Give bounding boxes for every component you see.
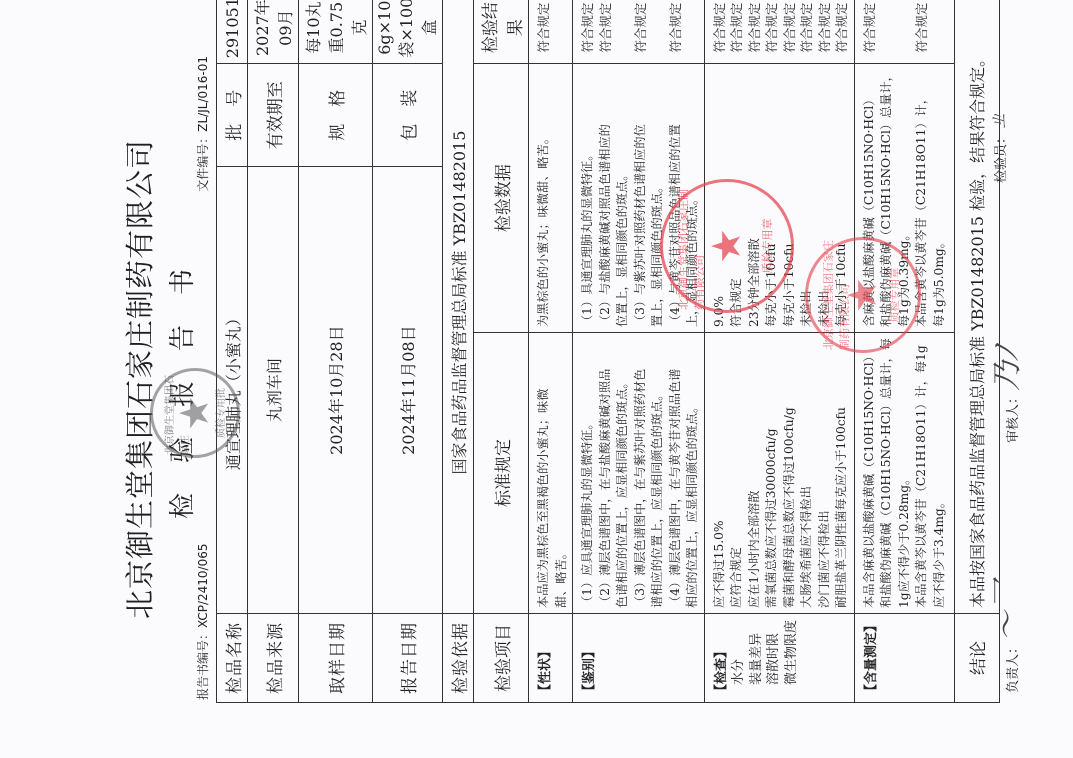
result-text-line: 符合规定 [632,0,650,58]
test-item: 【含量测定】 [854,613,954,702]
row-source: 检品来源 丸剂车间 有效期至 2027年09月 [248,0,299,703]
responsible-label: 负责人： [1006,641,1021,693]
file-number-value: ZL/JL/016-01 [196,56,210,132]
standard-text-line: 需氧菌总数应不得过30000cfu/g [763,338,781,608]
col-standard: 标准规定 [474,333,529,614]
standard-text-line: 霉菌和酵母菌总数应不得过100cfu/g [781,338,799,608]
row-basis: 检验依据 国家食品药品监督管理总局标准 YBZ01482015 [443,0,474,703]
row-report-date: 报告日期 2024年11月08日 包 装 6g×10袋×100盒 [373,0,443,703]
file-number-label: 文件编号： [196,132,210,192]
basis-label: 检验依据 [443,613,474,702]
company-name: 北京御生堂集团石家庄制药有限公司 [118,0,159,758]
data-text: 为黑棕色的小蜜丸；味微甜、略苦。 [529,64,573,333]
data-text-line: 置上，显相同颜色的斑点。 [649,69,667,327]
result-text-line [878,0,896,58]
product-name-label: 检品名称 [217,613,248,702]
test-item-line: 【检查】 [713,619,731,697]
data-text-line: 本品含黄芩以黄芩苷（C21H18O11）计， [913,69,931,327]
standard-text-line: 甜、略苦。 [553,338,571,608]
data-text-line: 每1g为5.0mg。 [931,69,949,327]
result-text-line: 符合规定 [597,0,615,58]
spec-label: 规 格 [299,64,373,167]
responsible-signature: 负责人：～乛 [982,581,1026,693]
source-value: 丸剂车间 [248,167,299,614]
reviewer-signature-scribble: 乃ﾉ [990,346,1025,391]
report-number-label: 报告书编号： [196,628,210,700]
row-product-name: 检品名称 通宣理肺丸（小蜜丸） 批 号 291051 [217,0,248,703]
batch-no-label: 批 号 [217,64,248,167]
sample-date-label: 取样日期 [299,613,373,702]
result-text-line: 符合规定 [781,0,799,58]
test-sections: 【性状】本品应为黑棕色至黑褐色的小蜜丸；味微甜、略苦。为黑棕色的小蜜丸；味微甜、… [529,0,955,703]
result-text-line: 符合规定 [798,0,816,58]
standard-text-line: （4）薄层色谱图中，在与黄芩苷对照品色谱 [667,338,685,608]
data-text-line: 9.0% [711,69,729,327]
test-item-line: 【含量测定】 [863,619,881,697]
result-text-line: 符合规定 [816,0,834,58]
test-item: 【鉴别】 [573,613,705,702]
row-sample-date: 取样日期 2024年10月28日 规 格 每10丸重0.75克 [299,0,373,703]
test-item-line: 水分 [730,619,748,697]
batch-no-value: 291051 [217,0,248,64]
result-text: 符合规定符合规定 符合规定 符合规定 [573,0,705,64]
data-text-line: （1）具通宣理肺丸的显微特征。 [579,69,597,327]
data-text-line: 每克小于10cfu [833,69,851,327]
data-text-line: 每克小于10cfu [781,69,799,327]
source-label: 检品来源 [248,613,299,702]
report-number: 报告书编号：XCP/2410/065 [194,543,211,700]
data-text-line: 和盐酸伪麻黄碱（C10H15NO·HCl）总量计， [878,69,896,327]
report-date-value: 2024年11月08日 [373,167,443,614]
inspector-label: 检验员： [994,131,1009,183]
test-item-line: 【鉴别】 [581,619,599,697]
standard-text-line: 大肠埃希菌应不得检出 [798,338,816,608]
standard-text-line: 耐胆盐革兰阴性菌每克应小于100cfu [833,338,851,608]
standard-text: 应不得过15.0%应符合规定应在1小时内全部溶散需氧菌总数应不得过30000cf… [704,333,854,614]
standard-text-line: 本品应为黑棕色至黑褐色的小蜜丸；味微 [535,338,553,608]
data-text-line: （4）与黄芩苷对照品色谱相应的位置 [667,69,685,327]
standard-text-line: 本品含麻黄以盐酸麻黄碱（C10H15NO·HCl） [861,338,879,608]
col-item: 检验项目 [474,613,529,702]
standard-text-line: 1g应不得少于0.28mg。 [896,338,914,608]
test-section-row: 【性状】本品应为黑棕色至黑褐色的小蜜丸；味微甜、略苦。为黑棕色的小蜜丸；味微甜、… [529,0,573,703]
result-text-line [896,0,914,58]
expiry-label: 有效期至 [248,64,299,167]
result-text-line: 符合规定 [746,0,764,58]
standard-text-line: 应符合规定 [728,338,746,608]
standard-text: 本品应为黑棕色至黑褐色的小蜜丸；味微甜、略苦。 [529,333,573,614]
result-text: 符合规定 [529,0,573,64]
result-text-line: 符合规定 [763,0,781,58]
data-text: 9.0%符合规定23分钟全部溶散每克小于10cfu每克小于10cfu未检出未检出… [704,64,854,333]
result-text: 符合规定符合规定符合规定符合规定符合规定符合规定符合规定符合规定 [704,0,854,64]
result-text-line: 符合规定 [861,0,879,58]
standard-text-line: 谱相应的位置上，应显相同颜色的斑点。 [649,338,667,608]
data-text-line: 未检出 [798,69,816,327]
report-table: 检品名称 通宣理肺丸（小蜜丸） 批 号 291051 检品来源 丸剂车间 有效期… [216,0,1000,703]
data-text: （1）具通宣理肺丸的显微特征。（2）与盐酸麻黄碱对照品色谱相应的位置上，显相同颜… [573,64,705,333]
data-text: 含麻黄以盐酸麻黄碱（C10H15NO·HCl）和盐酸伪麻黄碱（C10H15NO·… [854,64,954,333]
reviewer-signature: 审核人：乃ﾉ [982,346,1026,443]
expiry-value: 2027年09月 [248,0,299,64]
column-header-row: 检验项目 标准规定 检验数据 检验结果 [474,0,529,703]
col-data: 检验数据 [474,64,529,333]
inspection-report-page: 北京御生堂集团石家庄制药有限公司 检验报告书 报告书编号：XCP/2410/06… [0,0,1073,758]
standard-text-line: 应在1小时内全部溶散 [746,338,764,608]
standard-text-line: 应不得少于3.4mg。 [931,338,949,608]
standard-text-line: 应不得过15.0% [711,338,729,608]
result-text-line: 符合规定 [535,0,553,58]
result-text-line [649,0,667,58]
file-number: 文件编号：ZL/JL/016-01 [194,56,211,192]
product-name-value: 通宣理肺丸（小蜜丸） [217,167,248,614]
test-item-line: 装量差异 [748,619,766,697]
package-value: 6g×10袋×100盒 [373,0,443,64]
data-text-line: 为黑棕色的小蜜丸；味微甜、略苦。 [535,69,553,327]
responsible-signature-scribble: ～乛 [990,581,1025,641]
data-text-line: 上，显相同颜色的斑点。 [684,69,702,327]
test-item: 【性状】 [529,613,573,702]
basis-value: 国家食品药品监督管理总局标准 YBZ01482015 [443,0,474,613]
spec-value: 每10丸重0.75克 [299,0,373,64]
standard-text: 本品含麻黄以盐酸麻黄碱（C10H15NO·HCl）和盐酸伪麻黄碱（C10H15N… [854,333,954,614]
test-item: 【检查】水分装量差异溶散时限微生物限度 [704,613,854,702]
result-text-line: 符合规定 [913,0,931,58]
standard-text-line: （3）薄层色谱图中，在与紫苏叶对照药材色 [632,338,650,608]
test-section-row: 【含量测定】本品含麻黄以盐酸麻黄碱（C10H15NO·HCl）和盐酸伪麻黄碱（C… [854,0,954,703]
standard-text-line: 色谱相应的位置上，应显相同颜色的斑点。 [614,338,632,608]
standard-text-line: （1）应具通宣理肺丸的显微特征。 [579,338,597,608]
result-text-line [614,0,632,58]
data-text-line: 23分钟全部溶散 [746,69,764,327]
data-text-line: （3）与紫苏叶对照药材色谱相应的位 [632,69,650,327]
package-label: 包 装 [373,64,443,167]
standard-text-line: 相应的位置上，应显相同颜色的斑点。 [684,338,702,608]
result-text-line: 符合规定 [667,0,685,58]
data-text-line: 未检出 [816,69,834,327]
col-result: 检验结果 [474,0,529,64]
data-text-line: 每克小于10cfu [763,69,781,327]
reviewer-label: 审核人： [1006,391,1021,443]
inspector-signature: 检验员：ㄓ [982,111,1011,183]
test-item-line: 微生物限度 [783,619,801,697]
result-text-line: 符合规定 [711,0,729,58]
test-item-line: 溶散时限 [765,619,783,697]
standard-text-line: （2）薄层色谱图中，在与盐酸麻黄碱对照品 [597,338,615,608]
test-section-row: 【检查】水分装量差异溶散时限微生物限度应不得过15.0%应符合规定应在1小时内全… [704,0,854,703]
result-text-line: 符合规定 [579,0,597,58]
report-number-value: XCP/2410/065 [196,543,210,628]
result-text-line: 符合规定 [833,0,851,58]
data-text-line: 每1g为0.39mg。 [896,69,914,327]
inspector-signature-scribble: ㄓ [986,111,1010,131]
standard-text-line: 本品含黄芩以黄芩苷（C21H18O11）计，每1g [913,338,931,608]
result-text: 符合规定 符合规定 [854,0,954,64]
result-text-line: 符合规定 [728,0,746,58]
standard-text-line: 沙门菌应不得检出 [816,338,834,608]
standard-text: （1）应具通宣理肺丸的显微特征。（2）薄层色谱图中，在与盐酸麻黄碱对照品色谱相应… [573,333,705,614]
data-text-line: 含麻黄以盐酸麻黄碱（C10H15NO·HCl） [861,69,879,327]
data-text-line: 位置上，显相同颜色的斑点。 [614,69,632,327]
report-date-label: 报告日期 [373,613,443,702]
conclusion-text: 本品按国家食品药品监督管理总局标准 YBZ01482015 检验，结果符合规定。 [954,0,999,613]
test-section-row: 【鉴别】（1）应具通宣理肺丸的显微特征。（2）薄层色谱图中，在与盐酸麻黄碱对照品… [573,0,705,703]
standard-text-line: 和盐酸伪麻黄碱（C10H15NO·HCl）总量计，每 [878,338,896,608]
data-text-line: 符合规定 [728,69,746,327]
data-text-line: （2）与盐酸麻黄碱对照品色谱相应的 [597,69,615,327]
sample-date-value: 2024年10月28日 [299,167,373,614]
test-item-line: 【性状】 [537,619,555,697]
